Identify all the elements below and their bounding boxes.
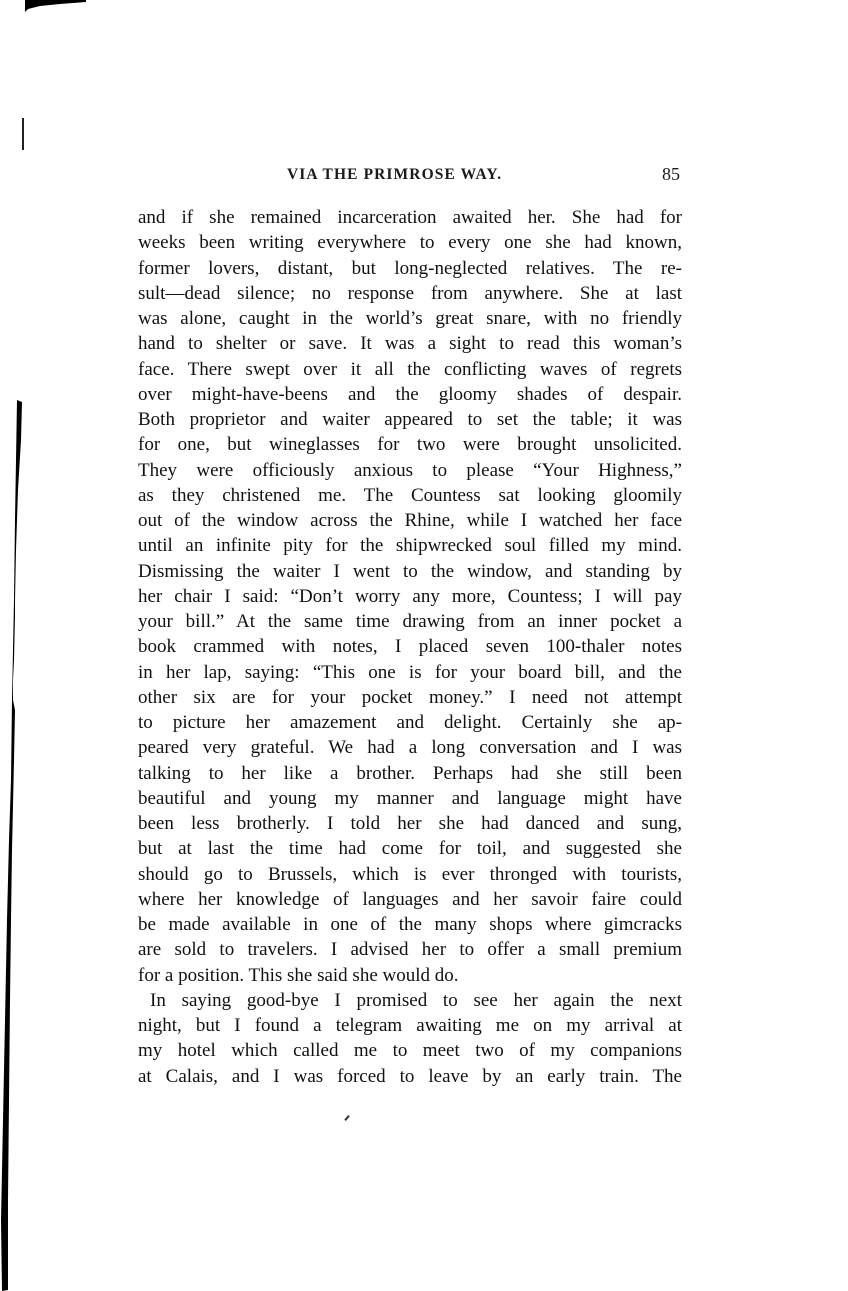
text-line: beautiful and young my manner and langua… [138, 786, 682, 811]
text-line: other six are for your pocket money.” I … [138, 685, 682, 710]
text-line: over might-have-beens and the gloomy sha… [138, 382, 682, 407]
book-page: VIA THE PRIMROSE WAY. 85 and if she rema… [0, 0, 848, 1291]
page-number: 85 [662, 164, 680, 185]
text-line: to picture her amazement and delight. Ce… [138, 710, 682, 735]
text-line: for one, but wineglasses for two were br… [138, 432, 682, 457]
paragraph-end-line: for a position. This she said she would … [138, 963, 682, 988]
book-spine-shadow [0, 400, 24, 1291]
text-line: at Calais, and I was forced to leave by … [138, 1064, 682, 1089]
scan-stray-mark [344, 1115, 349, 1121]
paragraph-start-line: In saying good-bye I promised to see her… [138, 988, 682, 1013]
text-line: until an infinite pity for the shipwreck… [138, 533, 682, 558]
text-line: your bill.” At the same time drawing fro… [138, 609, 682, 634]
text-line: hand to shelter or save. It was a sight … [138, 331, 682, 356]
text-line: Dismissing the waiter I went to the wind… [138, 559, 682, 584]
text-line: where her knowledge of languages and her… [138, 887, 682, 912]
text-line: peared very grateful. We had a long conv… [138, 735, 682, 760]
text-line: been less brotherly. I told her she had … [138, 811, 682, 836]
text-line: book crammed with notes, I placed seven … [138, 634, 682, 659]
text-line: former lovers, distant, but long-neglect… [138, 256, 682, 281]
body-text: and if she remained incarceration awaite… [138, 205, 682, 1089]
text-line: Both proprietor and waiter appeared to s… [138, 407, 682, 432]
running-head: VIA THE PRIMROSE WAY. [287, 166, 502, 184]
text-line: in her lap, saying: “This one is for you… [138, 660, 682, 685]
text-line: be made available in one of the many sho… [138, 912, 682, 937]
text-line: weeks been writing everywhere to every o… [138, 230, 682, 255]
scan-edge-tick [22, 118, 24, 150]
scan-corner-artifact [0, 0, 86, 12]
text-line: but at last the time had come for toil, … [138, 836, 682, 861]
text-line: as they christened me. The Countess sat … [138, 483, 682, 508]
text-line: are sold to travelers. I advised her to … [138, 937, 682, 962]
text-line: out of the window across the Rhine, whil… [138, 508, 682, 533]
text-line: my hotel which called me to meet two of … [138, 1038, 682, 1063]
text-line: talking to her like a brother. Perhaps h… [138, 761, 682, 786]
text-line: sult—dead silence; no response from anyw… [138, 281, 682, 306]
text-line: and if she remained incarceration awaite… [138, 205, 682, 230]
text-line: night, but I found a telegram awaiting m… [138, 1013, 682, 1038]
text-line: They were officiously anxious to please … [138, 458, 682, 483]
text-line: should go to Brussels, which is ever thr… [138, 862, 682, 887]
text-line: face. There swept over it all the confli… [138, 357, 682, 382]
text-line: her chair I said: “Don’t worry any more,… [138, 584, 682, 609]
text-line: was alone, caught in the world’s great s… [138, 306, 682, 331]
